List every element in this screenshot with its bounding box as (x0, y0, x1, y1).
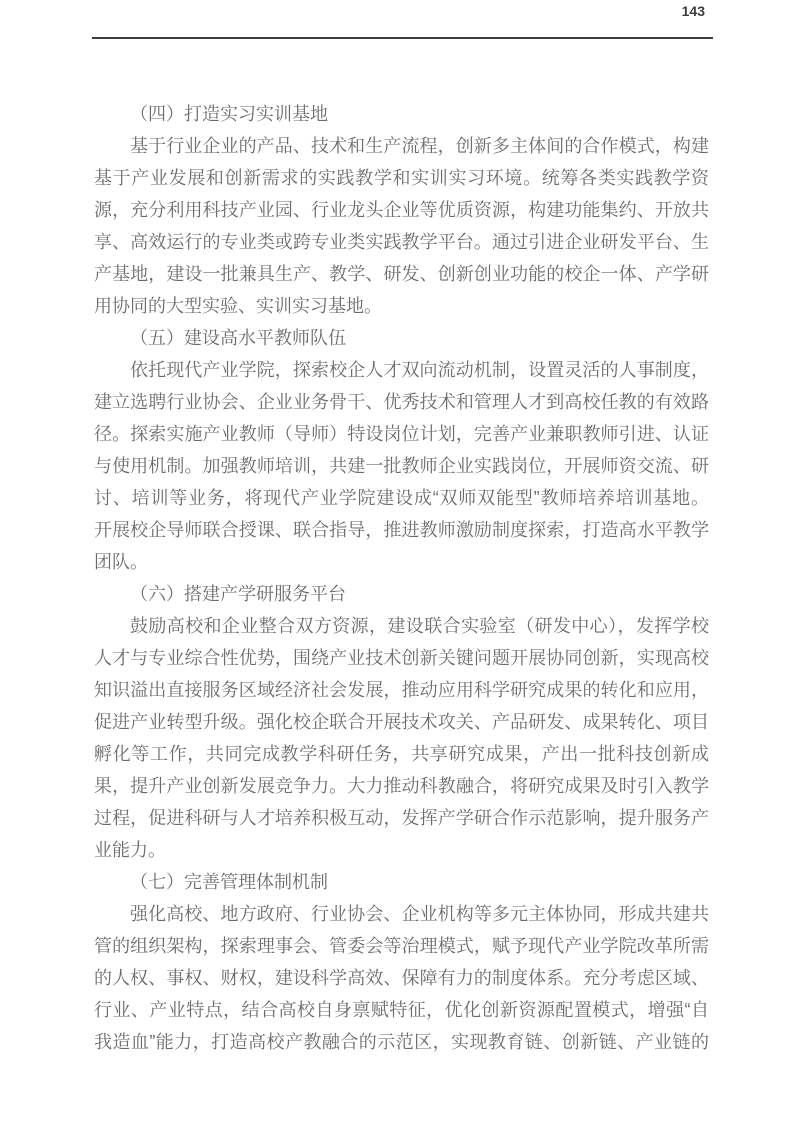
text-line: 团队。 (94, 546, 709, 578)
section-heading: （五）建设高水平教师队伍 (94, 322, 709, 354)
text-line: 基于行业企业的产品、技术和生产流程，创新多主体间的合作模式，构建 (94, 130, 709, 162)
text-line: 产基地，建设一批兼具生产、教学、研发、创新创业功能的校企一体、产学研 (94, 258, 709, 290)
text-line: 管的组织架构，探索理事会、管委会等治理模式，赋予现代产业学院改革所需 (94, 930, 709, 962)
text-line: 享、高效运行的专业类或跨专业类实践教学平台。通过引进企业研发平台、生 (94, 226, 709, 258)
text-line: 开展校企导师联合授课、联合指导，推进教师激励制度探索，打造高水平教学 (94, 514, 709, 546)
text-line: 行业、产业特点，结合高校自身禀赋特征，优化创新资源配置模式，增强“自 (94, 994, 709, 1026)
section-heading: （六）搭建产学研服务平台 (94, 578, 709, 610)
text-line: 依托现代产业学院，探索校企人才双向流动机制，设置灵活的人事制度， (94, 354, 709, 386)
text-line: 人才与专业综合性优势，围绕产业技术创新关键问题开展协同创新，实现高校 (94, 642, 709, 674)
text-line: 建立选聘行业协会、企业业务骨干、优秀技术和管理人才到高校任教的有效路 (94, 386, 709, 418)
text-body: （四）打造实习实训基地基于行业企业的产品、技术和生产流程，创新多主体间的合作模式… (94, 98, 709, 1058)
document-page: 143 （四）打造实习实训基地基于行业企业的产品、技术和生产流程，创新多主体间的… (0, 0, 793, 1122)
text-line: 与使用机制。加强教师培训，共建一批教师企业实践岗位，开展师资交流、研 (94, 450, 709, 482)
text-line: 孵化等工作，共同完成教学科研任务，共享研究成果，产出一批科技创新成 (94, 738, 709, 770)
section-heading: （七）完善管理体制机制 (94, 866, 709, 898)
text-line: 知识溢出直接服务区域经济社会发展，推动应用科学研究成果的转化和应用， (94, 674, 709, 706)
text-line: 源，充分利用科技产业园、行业龙头企业等优质资源，构建功能集约、开放共 (94, 194, 709, 226)
text-line: 我造血”能力，打造高校产教融合的示范区，实现教育链、创新链、产业链的 (94, 1026, 709, 1058)
text-line: 的人权、事权、财权，建设科学高效、保障有力的制度体系。充分考虑区域、 (94, 962, 709, 994)
text-line: 用协同的大型实验、实训实习基地。 (94, 290, 709, 322)
text-line: 过程，促进科研与人才培养积极互动，发挥产学研合作示范影响，提升服务产 (94, 802, 709, 834)
text-line: 强化高校、地方政府、行业协会、企业机构等多元主体协同，形成共建共 (94, 898, 709, 930)
text-line: 果，提升产业创新发展竞争力。大力推动科教融合，将研究成果及时引入教学 (94, 770, 709, 802)
text-line: 促进产业转型升级。强化校企联合开展技术攻关、产品研发、成果转化、项目 (94, 706, 709, 738)
text-line: 基于产业发展和创新需求的实践教学和实训实习环境。统筹各类实践教学资 (94, 162, 709, 194)
text-line: 鼓励高校和企业整合双方资源，建设联合实验室（研发中心），发挥学校 (94, 610, 709, 642)
text-line: 业能力。 (94, 834, 709, 866)
header-rule (92, 37, 713, 39)
page-number: 143 (682, 1, 705, 21)
text-line: 讨、培训等业务，将现代产业学院建设成“双师双能型”教师培养培训基地。 (94, 482, 709, 514)
section-heading: （四）打造实习实训基地 (94, 98, 709, 130)
text-line: 径。探索实施产业教师（导师）特设岗位计划，完善产业兼职教师引进、认证 (94, 418, 709, 450)
